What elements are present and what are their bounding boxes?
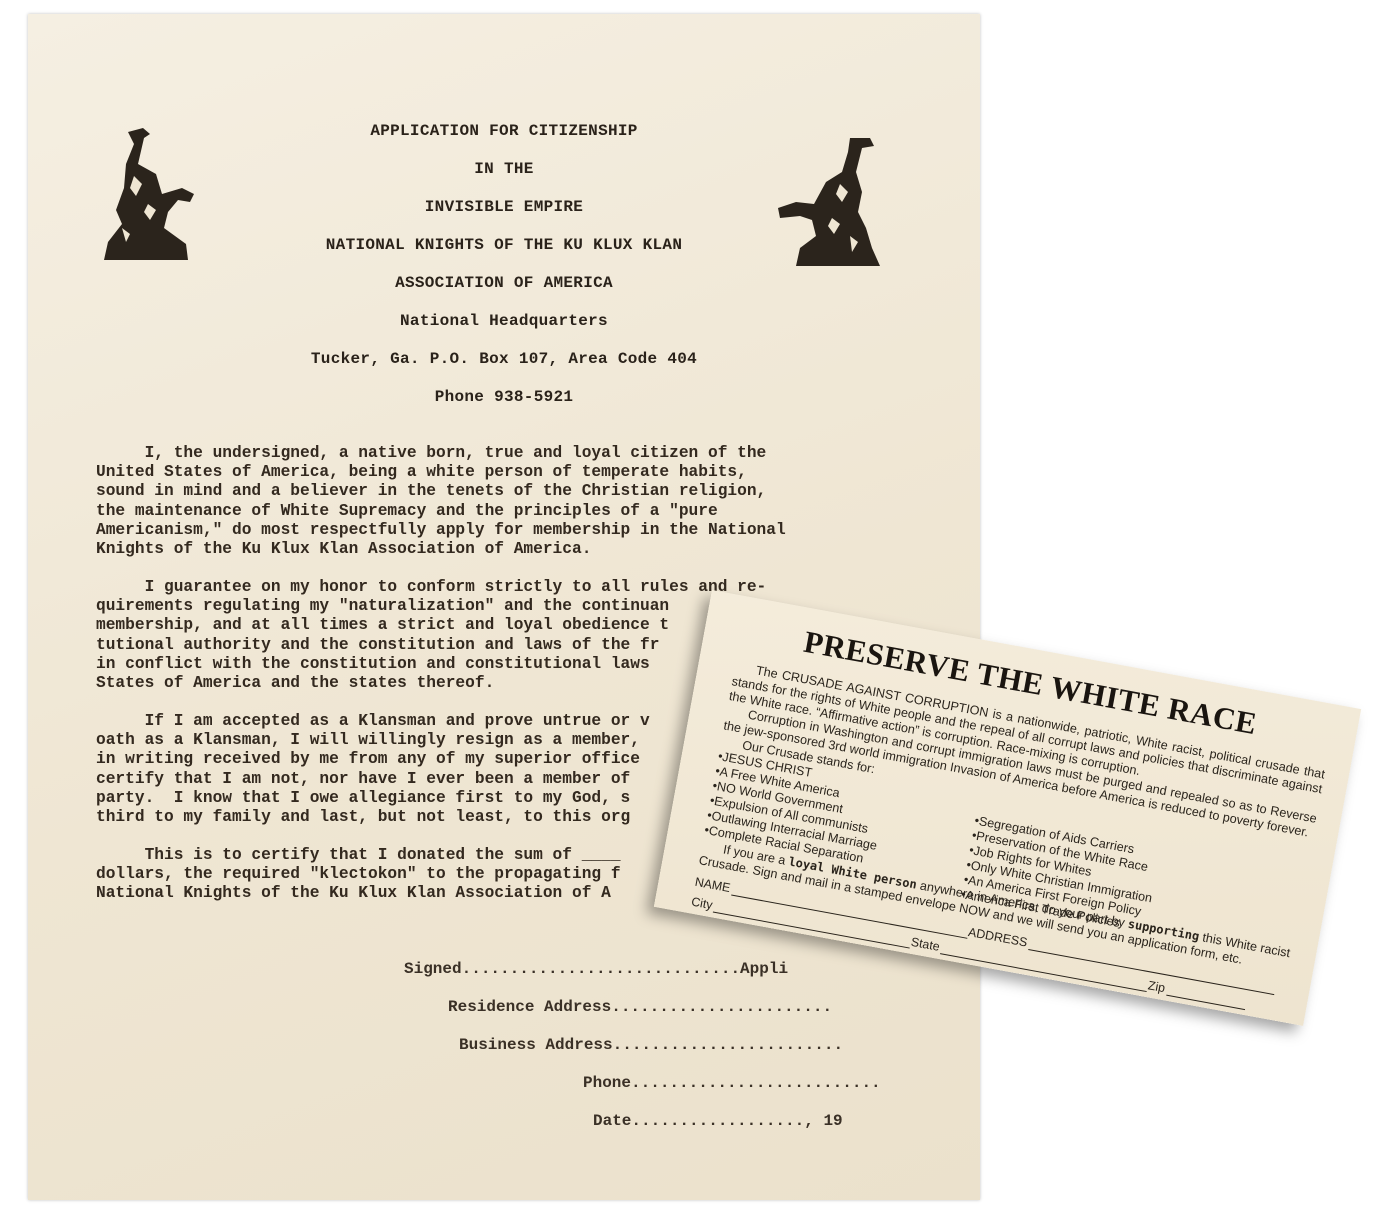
field-label: NAME xyxy=(694,875,732,895)
headquarters-label: National Headquarters xyxy=(28,312,980,330)
field-label: Zip xyxy=(1147,978,1166,995)
form-title-line: INVISIBLE EMPIRE xyxy=(28,198,980,216)
form-title: APPLICATION FOR CITIZENSHIP xyxy=(28,122,980,140)
form-title-line: IN THE xyxy=(28,160,980,178)
residence-address-field: Residence Address....................... xyxy=(448,998,832,1016)
klan-application-form: APPLICATION FOR CITIZENSHIP IN THE INVIS… xyxy=(28,14,980,1200)
date-field: Date.................., 19 xyxy=(593,1112,843,1130)
organization-name-line: ASSOCIATION OF AMERICA xyxy=(28,274,980,292)
business-address-field: Business Address........................ xyxy=(459,1036,843,1054)
signed-field: Signed.............................Appli xyxy=(404,960,788,978)
headquarters-phone: Phone 938-5921 xyxy=(28,388,980,406)
phone-field: Phone.......................... xyxy=(583,1074,881,1092)
field-label: City xyxy=(690,895,714,913)
field-label: State xyxy=(910,935,941,954)
oath-paragraph-1: I, the undersigned, a native born, true … xyxy=(96,444,896,559)
headquarters-address: Tucker, Ga. P.O. Box 107, Area Code 404 xyxy=(28,350,980,368)
organization-name: NATIONAL KNIGHTS OF THE KU KLUX KLAN xyxy=(28,236,980,254)
